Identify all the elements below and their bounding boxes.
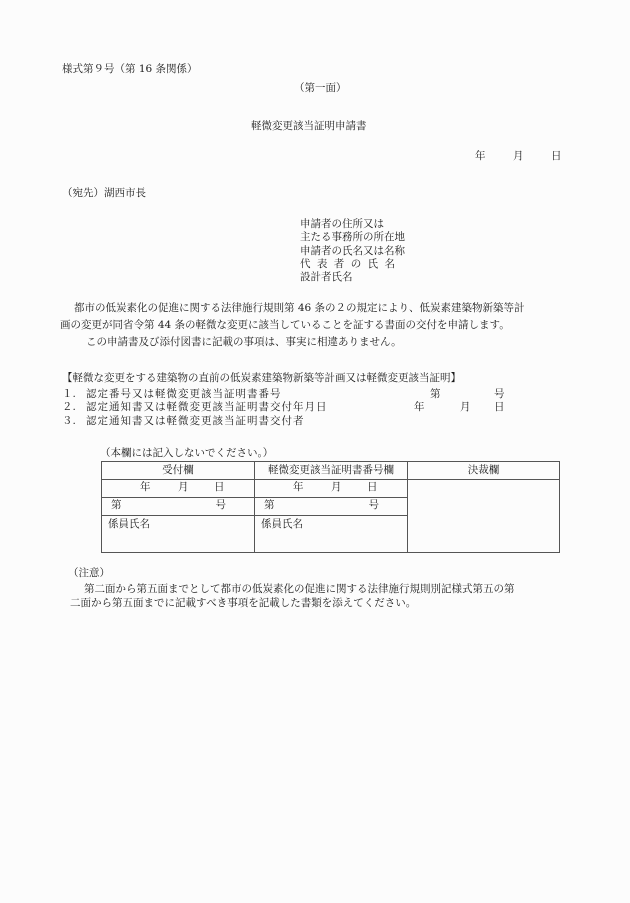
certificate-date-cell: 年 月 日 — [255, 480, 408, 498]
office-use-table: 受付欄 軽微変更該当証明書番号欄 決裁欄 年 月 日 年 月 日 第 号 第 号… — [101, 461, 560, 553]
office-use-note: （本欄には記入しないでください。） — [100, 448, 273, 459]
notes-body: 第二面から第五面までとして都市の低炭素化の促進に関する法律施行規則別記様式第五の… — [70, 582, 570, 610]
application-date: 年月日 — [475, 151, 562, 162]
date-month-label: 月 — [513, 151, 551, 162]
certificate-number-cell: 第 号 — [255, 498, 408, 516]
statement-line-1: 都市の低炭素化の促進に関する法律施行規則第 46 条の２の規定により、低炭素建築… — [62, 300, 582, 317]
date-year-label: 年 — [475, 151, 513, 162]
item-issue-date: ２.認定通知書又は軽微変更該当証明書交付年月日 年 月 日 — [62, 401, 582, 414]
page-label: （第一面） — [294, 83, 347, 94]
certificate-number-column-header: 軽微変更該当証明書番号欄 — [255, 462, 408, 480]
previous-certification-heading: 【軽微な変更をする建築物の直前の低炭素建築物新築等計画又は軽微変更該当証明】 — [62, 373, 461, 384]
certificate-staff-cell: 係員氏名 — [255, 516, 408, 553]
representative-name-label: 代表者の氏名 — [300, 258, 405, 271]
date-day-label: 日 — [551, 151, 562, 162]
applicant-address-label-2: 主たる事務所の所在地 — [300, 231, 405, 244]
notes-line-2: 二面から第五面までに記載すべき事項を記載した書類を添えてください。 — [70, 596, 570, 610]
application-statement: 都市の低炭素化の促進に関する法律施行規則第 46 条の２の規定により、低炭素建築… — [62, 300, 582, 351]
document-title: 軽微変更該当証明申請書 — [251, 121, 367, 132]
declaration: この申請書及び添付図書に記載の事項は、事実に相違ありません。 — [62, 334, 582, 351]
item-issuer: ３.認定通知書又は軽微変更該当証明書交付者 — [62, 415, 582, 428]
applicant-address-label-1: 申請者の住所又は — [300, 218, 405, 231]
reception-column-header: 受付欄 — [102, 462, 255, 480]
reception-number-cell: 第 号 — [102, 498, 255, 516]
designer-name-label: 設計者氏名 — [300, 271, 405, 284]
applicant-name-label: 申請者の氏名又は名称 — [300, 245, 405, 258]
applicant-fields: 申請者の住所又は 主たる事務所の所在地 申請者の氏名又は名称 代表者の氏名 設計… — [300, 218, 405, 284]
notes-line-1: 第二面から第五面までとして都市の低炭素化の促進に関する法律施行規則別記様式第五の… — [70, 582, 570, 596]
statement-line-2: 画の変更が同省令第 44 条の軽微な変更に該当していることを証する書面の交付を申… — [60, 317, 582, 334]
form-number: 様式第９号（第 16 条関係） — [62, 64, 198, 75]
reception-date-cell: 年 月 日 — [102, 480, 255, 498]
previous-certification-items: １.認定番号又は軽微変更該当証明書番号 第 号 ２.認定通知書又は軽微変更該当証… — [62, 388, 582, 428]
item-certification-number: １.認定番号又は軽微変更該当証明書番号 第 号 — [62, 388, 582, 401]
approval-column-header: 決裁欄 — [408, 462, 560, 480]
approval-cell — [408, 480, 560, 553]
addressee: （宛先）湖西市長 — [62, 188, 146, 199]
reception-staff-cell: 係員氏名 — [102, 516, 255, 553]
notes-heading: （注意） — [68, 568, 110, 579]
